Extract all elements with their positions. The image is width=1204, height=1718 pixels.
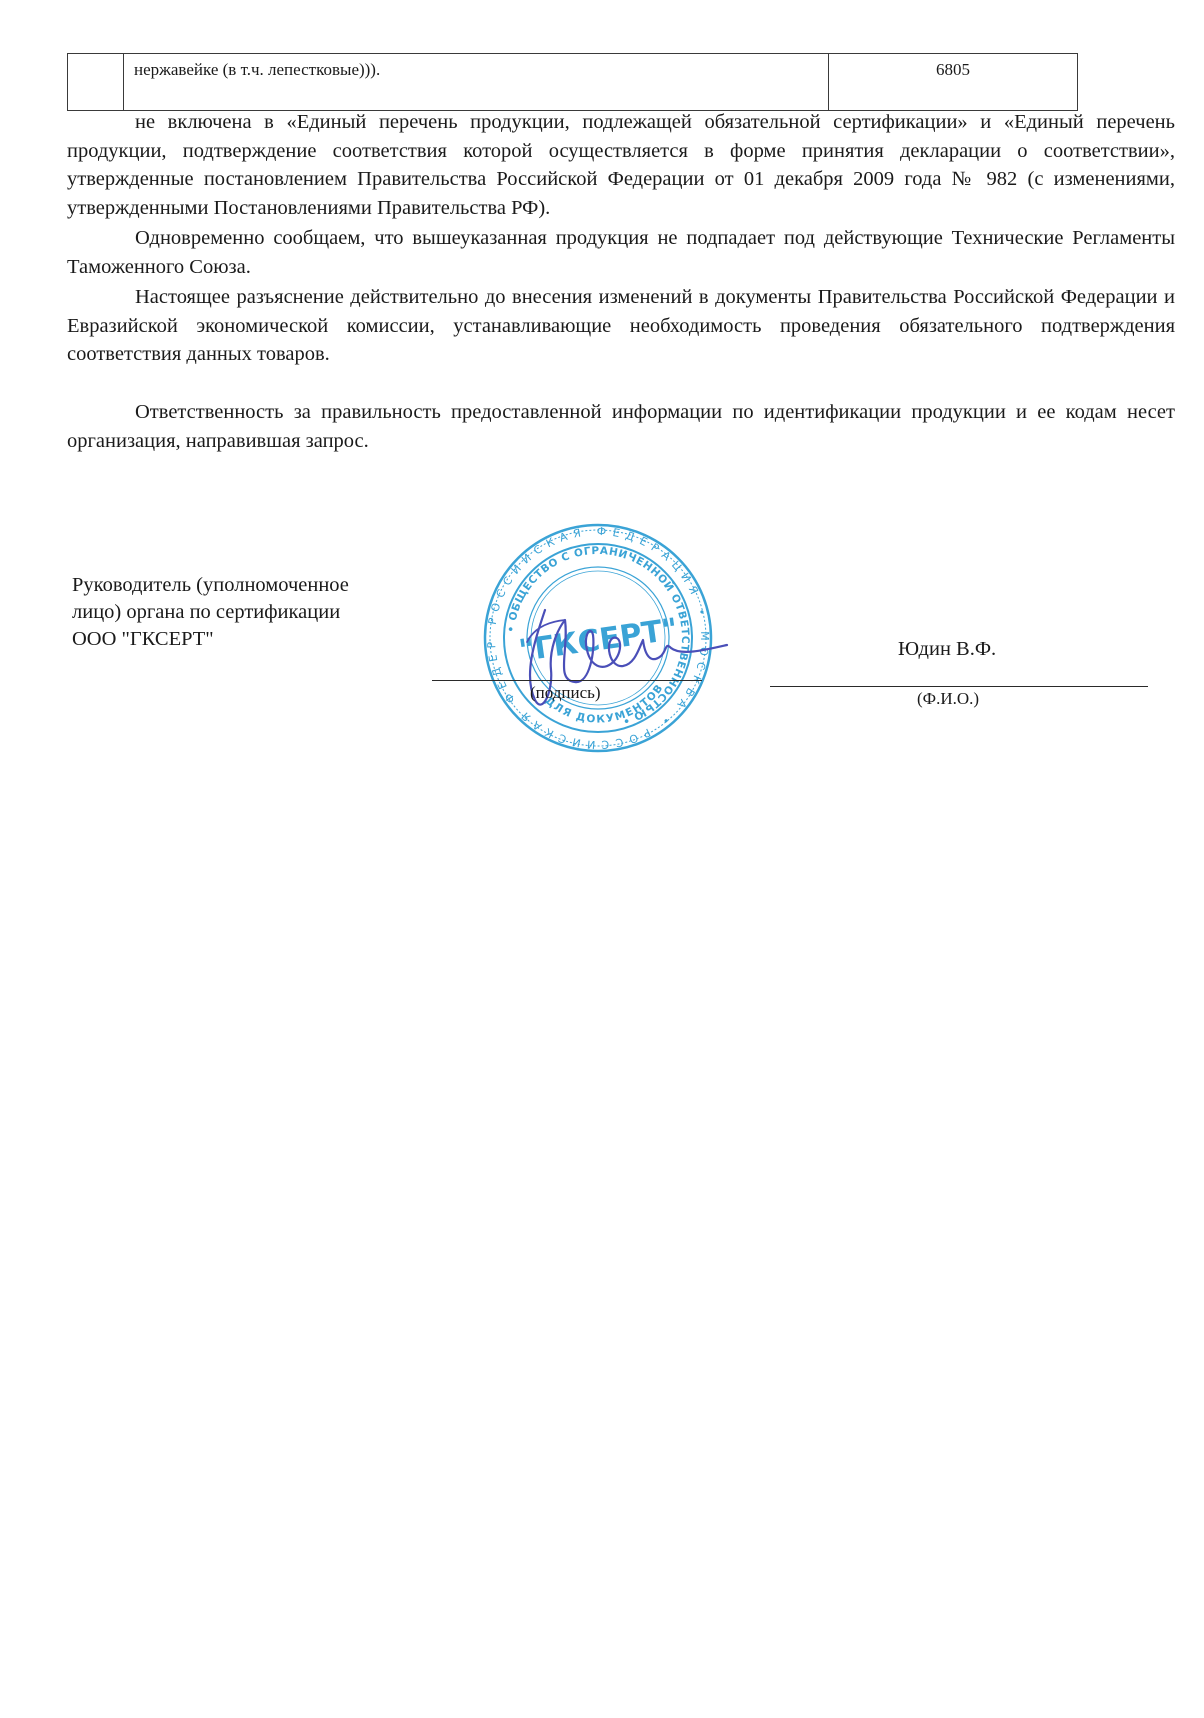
signature-caption: (подпись)	[530, 683, 601, 703]
paragraph-not-included: не включена в «Единый перечень продукции…	[67, 108, 1175, 222]
name-caption: (Ф.И.О.)	[917, 689, 979, 709]
signatory-title-line-2: лицо) органа по сертификации	[72, 599, 349, 626]
product-description-cell: нержавейке (в т.ч. лепестковые))).	[124, 54, 829, 111]
product-table: нержавейке (в т.ч. лепестковые))). 6805	[67, 53, 1078, 111]
table-row: нержавейке (в т.ч. лепестковые))). 6805	[68, 54, 1078, 111]
product-code-cell: 6805	[829, 54, 1078, 111]
signatory-name: Юдин В.Ф.	[898, 638, 996, 661]
signatory-title: Руководитель (уполномоченное лицо) орган…	[72, 572, 349, 653]
signatory-title-line-3: ООО "ГКСЕРТ"	[72, 626, 349, 653]
name-line	[770, 686, 1148, 687]
row-index-cell	[68, 54, 124, 111]
document-page: нержавейке (в т.ч. лепестковые))). 6805 …	[0, 0, 1204, 1718]
paragraph-technical-regulations: Одновременно сообщаем, что вышеуказанная…	[67, 224, 1175, 281]
paragraph-validity: Настоящее разъяснение действительно до в…	[67, 283, 1175, 369]
signature-line	[432, 680, 702, 681]
signatory-title-line-1: Руководитель (уполномоченное	[72, 572, 349, 599]
paragraph-responsibility: Ответственность за правильность предоста…	[67, 398, 1175, 455]
